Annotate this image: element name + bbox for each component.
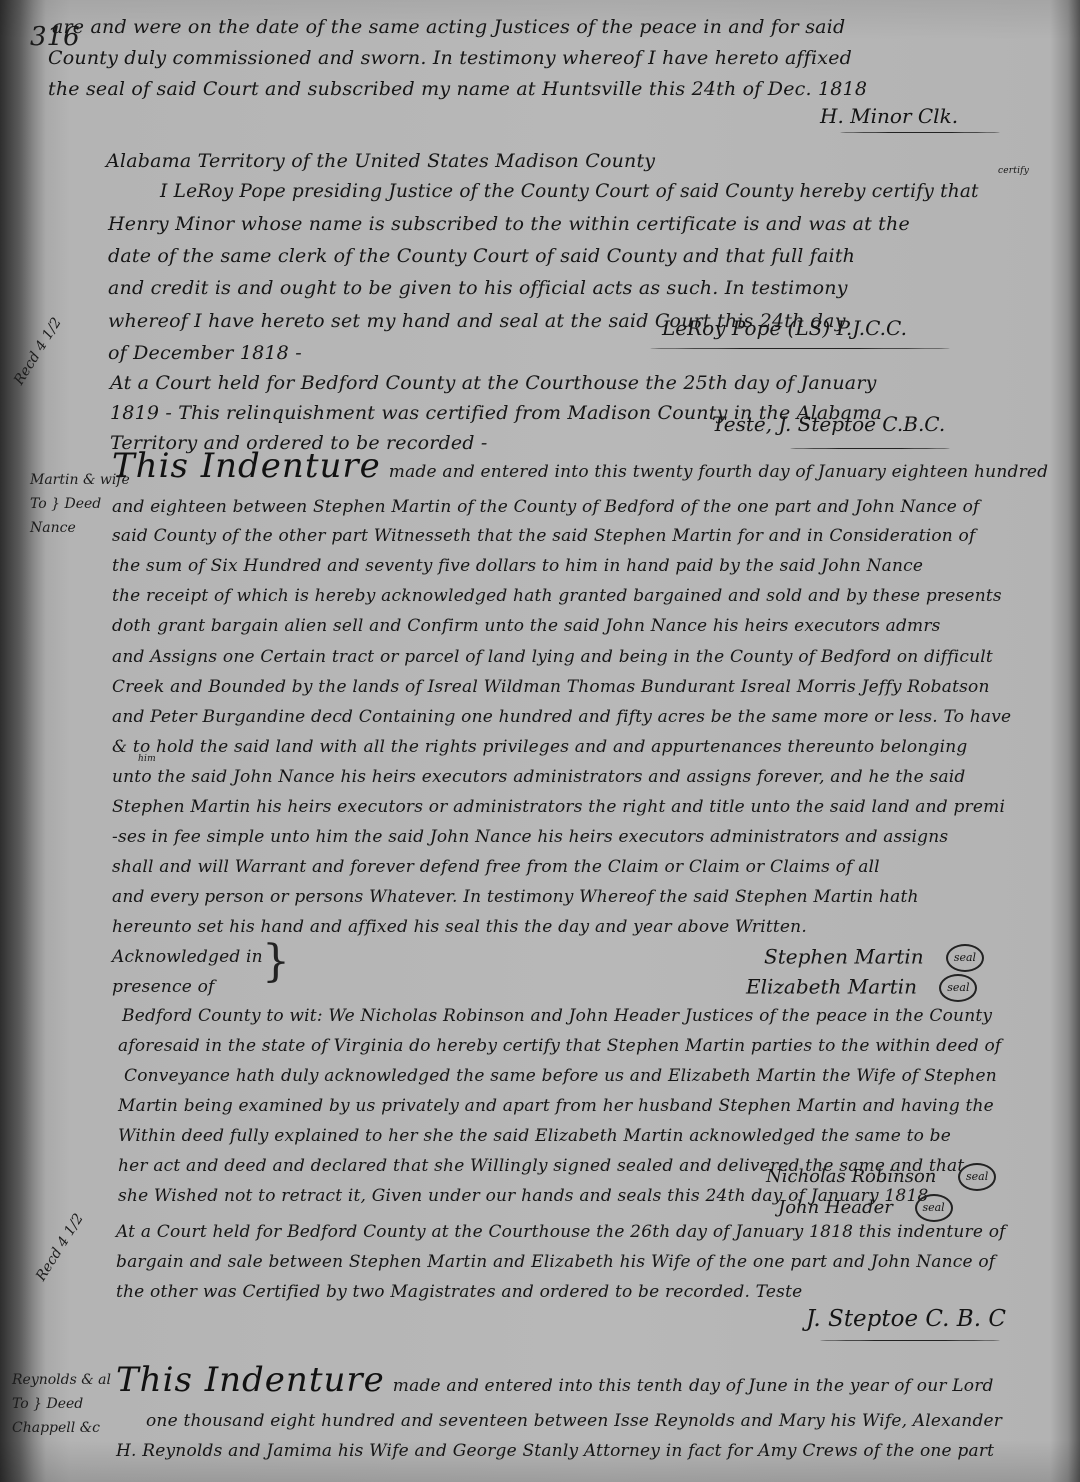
text-line: -ses in fee simple unto him the said Joh… [112, 827, 948, 847]
text-line: Creek and Bounded by the lands of Isreal… [112, 677, 990, 697]
text-line: At a Court held for Bedford County at th… [110, 372, 877, 394]
signature-name: John Header [778, 1197, 893, 1218]
text-line: and eighteen between Stephen Martin of t… [112, 497, 980, 517]
signature-name: Elizabeth Martin [746, 975, 917, 999]
text-line: date of the same clerk of the County Cou… [108, 245, 855, 267]
seal-icon: seal [915, 1194, 953, 1222]
text-line: and every person or persons Whatever. In… [112, 887, 919, 907]
margin-note-fee: Recd 4 1/2 [8, 313, 69, 390]
seal-icon: seal [946, 944, 984, 972]
signature-flourish [820, 1340, 1000, 1341]
text-line: At a Court held for Bedford County at th… [116, 1222, 1006, 1242]
text-line: and credit is and ought to be given to h… [108, 277, 848, 299]
seal-icon: seal [939, 974, 977, 1002]
interlineation: him [138, 754, 156, 764]
clerk-signature: Teste, J. Steptoe C.B.C. [712, 412, 945, 436]
deed-opening-line: This Indenturemade and entered into this… [112, 446, 1048, 486]
text-line: said County of the other part Witnesseth… [112, 526, 975, 546]
margin-note-fee: Recd 4 1/2 [30, 1209, 91, 1286]
margin-note-line: To } Deed [12, 1392, 111, 1416]
text-line: Henry Minor whose name is subscribed to … [108, 213, 910, 235]
text-line: Stephen Martin his heirs executors or ad… [112, 797, 1005, 817]
justice-signature: LeRoy Pope (LS) P.J.C.C. [662, 316, 907, 340]
text-line: made and entered into this twenty fourth… [389, 462, 1048, 482]
text-line: and Assigns one Certain tract or parcel … [112, 647, 993, 667]
text-line: Bedford County to wit: We Nicholas Robin… [122, 1006, 992, 1026]
text-line: the other was Certified by two Magistrat… [116, 1282, 802, 1302]
deed-opening-line: This Indenturemade and entered into this… [116, 1360, 994, 1400]
text-line: doth grant bargain alien sell and Confir… [112, 616, 941, 636]
interlineation: certify [998, 166, 1029, 176]
text-line: hereunto set his hand and affixed his se… [112, 917, 807, 937]
witness-label: presence of [112, 977, 215, 997]
text-line: aforesaid in the state of Virginia do he… [118, 1036, 1001, 1056]
indenture-heading: This Indenture [112, 446, 381, 486]
text-line: are and were on the date of the same act… [52, 16, 845, 38]
text-line: of December 1818 - [108, 342, 302, 364]
indenture-heading: This Indenture [116, 1360, 385, 1400]
text-line: unto the said John Nance his heirs execu… [112, 767, 966, 787]
text-line: I LeRoy Pope presiding Justice of the Co… [160, 181, 979, 202]
text-line: Conveyance hath duly acknowledged the sa… [124, 1066, 997, 1086]
signature-flourish [840, 132, 1000, 133]
margin-note-parties: Reynolds & al To } Deed Chappell &c [12, 1368, 111, 1440]
text-line: made and entered into this tenth day of … [393, 1376, 994, 1396]
text-line: bargain and sale between Stephen Martin … [116, 1252, 995, 1272]
justice-signature: John Header seal [778, 1194, 953, 1222]
text-line: the sum of Six Hundred and seventy five … [112, 556, 923, 576]
text-line: one thousand eight hundred and seventeen… [146, 1411, 1002, 1431]
text-line: Within deed fully explained to her she t… [118, 1126, 951, 1146]
text-line: H. Reynolds and Jamima his Wife and Geor… [116, 1441, 994, 1461]
margin-note-line: Chappell &c [12, 1416, 111, 1440]
text-line: County duly commissioned and sworn. In t… [48, 47, 852, 69]
seal-icon: seal [958, 1163, 996, 1191]
text-line: & to hold the said land with all the rig… [112, 737, 967, 757]
signature-underline [650, 348, 950, 349]
clerk-signature: J. Steptoe C. B. C [806, 1306, 1006, 1332]
text-line: the seal of said Court and subscribed my… [48, 78, 867, 100]
text-line: shall and will Warrant and forever defen… [112, 857, 880, 877]
margin-note-line: Reynolds & al [12, 1368, 111, 1392]
text-line: and Peter Burgandine decd Containing one… [112, 707, 1011, 727]
clerk-signature: H. Minor Clk. [820, 104, 958, 128]
grantor-signature: Elizabeth Martin seal [746, 974, 977, 1002]
signature-name: Stephen Martin [764, 945, 924, 969]
ledger-page: 316 are and were on the date of the same… [0, 0, 1080, 1482]
signature-name: Nicholas Robinson [766, 1166, 936, 1187]
text-line: Martin being examined by us privately an… [118, 1096, 994, 1116]
justice-signature: Nicholas Robinson seal [766, 1163, 996, 1191]
grantor-signature: Stephen Martin seal [764, 944, 984, 972]
brace-icon: } [262, 940, 290, 984]
witness-label: Acknowledged in [112, 947, 263, 967]
text-line: the receipt of which is hereby acknowled… [112, 586, 1002, 606]
text-line: Alabama Territory of the United States M… [106, 150, 655, 172]
